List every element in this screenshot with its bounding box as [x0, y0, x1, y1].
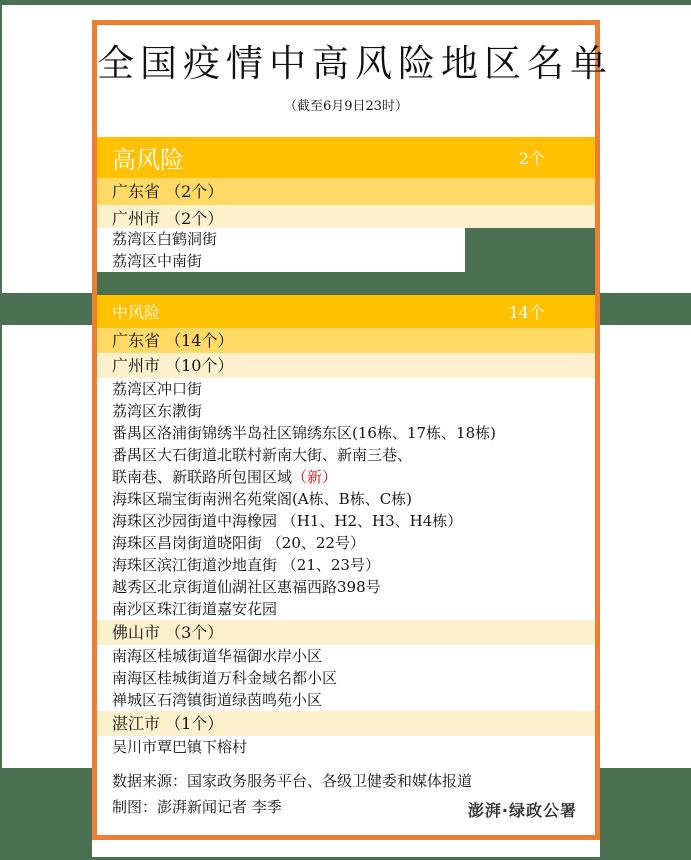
high-risk-label: 高风险 [112, 140, 184, 175]
publisher-logo: 澎湃·绿政公署 [468, 798, 577, 821]
medium-risk-section: 中风险 14个 广东省 （14个）广州市 （10个）荔湾区冲口街荔湾区东漖街番禺… [97, 295, 595, 758]
area-text: 广州市 （10个） [112, 356, 233, 375]
area-text: 吴川市覃巴镇下榕村 [112, 738, 247, 756]
area-text: 海珠区沙园街道中海橡园 （H1、H2、H3、H4栋） [112, 512, 462, 530]
infographic-page: { "page": { "title": "全国疫情中高风险地区名单", "su… [0, 0, 691, 860]
high-risk-province-row: 广东省 （2个） [97, 178, 595, 205]
area-row: 南沙区珠江街道嘉安花园 [97, 598, 595, 620]
area-row: 南海区桂城街道华福御水岸小区 [97, 645, 595, 667]
data-source-note: 数据来源：国家政务服务平台、各级卫健委和媒体报道 [112, 770, 472, 791]
area-text: 海珠区昌岗街道晓阳街 （20、22号） [112, 534, 365, 552]
area-row: 联南巷、新联路所包围区域（新） [97, 466, 595, 488]
area-row: 禅城区石湾镇街道绿茵鸣苑小区 [97, 689, 595, 711]
city-row: 佛山市 （3个） [97, 620, 595, 645]
area-row: 越秀区北京街道仙湖社区惠福西路398号 [97, 576, 595, 598]
area-text: 荔湾区东漖街 [112, 402, 202, 420]
new-flag: （新） [292, 468, 337, 486]
medium-risk-header: 中风险 14个 [97, 295, 595, 328]
risk-list-card: 全国疫情中高风险地区名单 （截至6月9日23时） 高风险 2个 广东省 （2个）… [92, 20, 600, 840]
area-row: 海珠区昌岗街道晓阳街 （20、22号） [97, 532, 595, 554]
area-row: 荔湾区中南街 [112, 250, 465, 272]
area-row: 番禺区大石街道北联村新南大街、新南三巷、 [97, 444, 595, 466]
page-subtitle: （截至6月9日23时） [97, 95, 595, 114]
credit-note: 制图：澎湃新闻记者 李季 [112, 796, 282, 817]
area-text: 番禺区洛浦街锦绣半岛社区锦绣东区(16栋、17栋、18栋) [112, 424, 496, 442]
area-text: 南海区桂城街道万科金域名都小区 [112, 669, 337, 687]
city-row: 广州市 （10个） [97, 353, 595, 378]
area-text: 南沙区珠江街道嘉安花园 [112, 600, 277, 618]
area-row: 海珠区瑞宝街南洲名苑棠阁(A栋、B栋、C栋) [97, 488, 595, 510]
area-row: 番禺区洛浦街锦绣半岛社区锦绣东区(16栋、17栋、18栋) [97, 422, 595, 444]
medium-risk-count: 14个 [509, 300, 545, 323]
area-row: 海珠区沙园街道中海橡园 （H1、H2、H3、H4栋） [97, 510, 595, 532]
area-text: 湛江市 （1个） [112, 714, 223, 733]
province-row: 广东省 （14个） [97, 328, 595, 353]
area-text: 荔湾区冲口街 [112, 380, 202, 398]
left-green-line [0, 0, 2, 860]
area-text: 海珠区瑞宝街南洲名苑棠阁(A栋、B栋、C栋) [112, 490, 412, 508]
page-title: 全国疫情中高风险地区名单 [97, 33, 595, 87]
medium-risk-list: 广东省 （14个）广州市 （10个）荔湾区冲口街荔湾区东漖街番禺区洛浦街锦绣半岛… [97, 328, 595, 758]
area-text: 越秀区北京街道仙湖社区惠福西路398号 [112, 578, 381, 596]
city-row: 湛江市 （1个） [97, 711, 595, 736]
medium-risk-label: 中风险 [112, 300, 160, 323]
high-risk-street-box: 荔湾区白鹤洞街 荔湾区中南街 [97, 228, 465, 272]
area-text: 禅城区石湾镇街道绿茵鸣苑小区 [112, 691, 322, 709]
area-row: 南海区桂城街道万科金域名都小区 [97, 667, 595, 689]
area-row: 吴川市覃巴镇下榕村 [97, 736, 595, 758]
high-risk-header: 高风险 2个 [97, 137, 595, 178]
area-text: 佛山市 （3个） [112, 623, 223, 642]
top-green-strip [0, 0, 691, 5]
area-text: 南海区桂城街道华福御水岸小区 [112, 647, 322, 665]
area-text: 广东省 （14个） [112, 331, 233, 350]
area-row: 海珠区滨江街道沙地直街 （21、23号） [97, 554, 595, 576]
area-row: 荔湾区冲口街 [97, 378, 595, 400]
area-text: 海珠区滨江街道沙地直街 （21、23号） [112, 556, 380, 574]
high-risk-count: 2个 [519, 146, 545, 169]
area-text: 番禺区大石街道北联村新南大街、新南三巷、 [112, 446, 412, 464]
area-row: 荔湾区白鹤洞街 [112, 228, 465, 250]
area-row: 荔湾区东漖街 [97, 400, 595, 422]
area-text: 联南巷、新联路所包围区域 [112, 468, 292, 486]
